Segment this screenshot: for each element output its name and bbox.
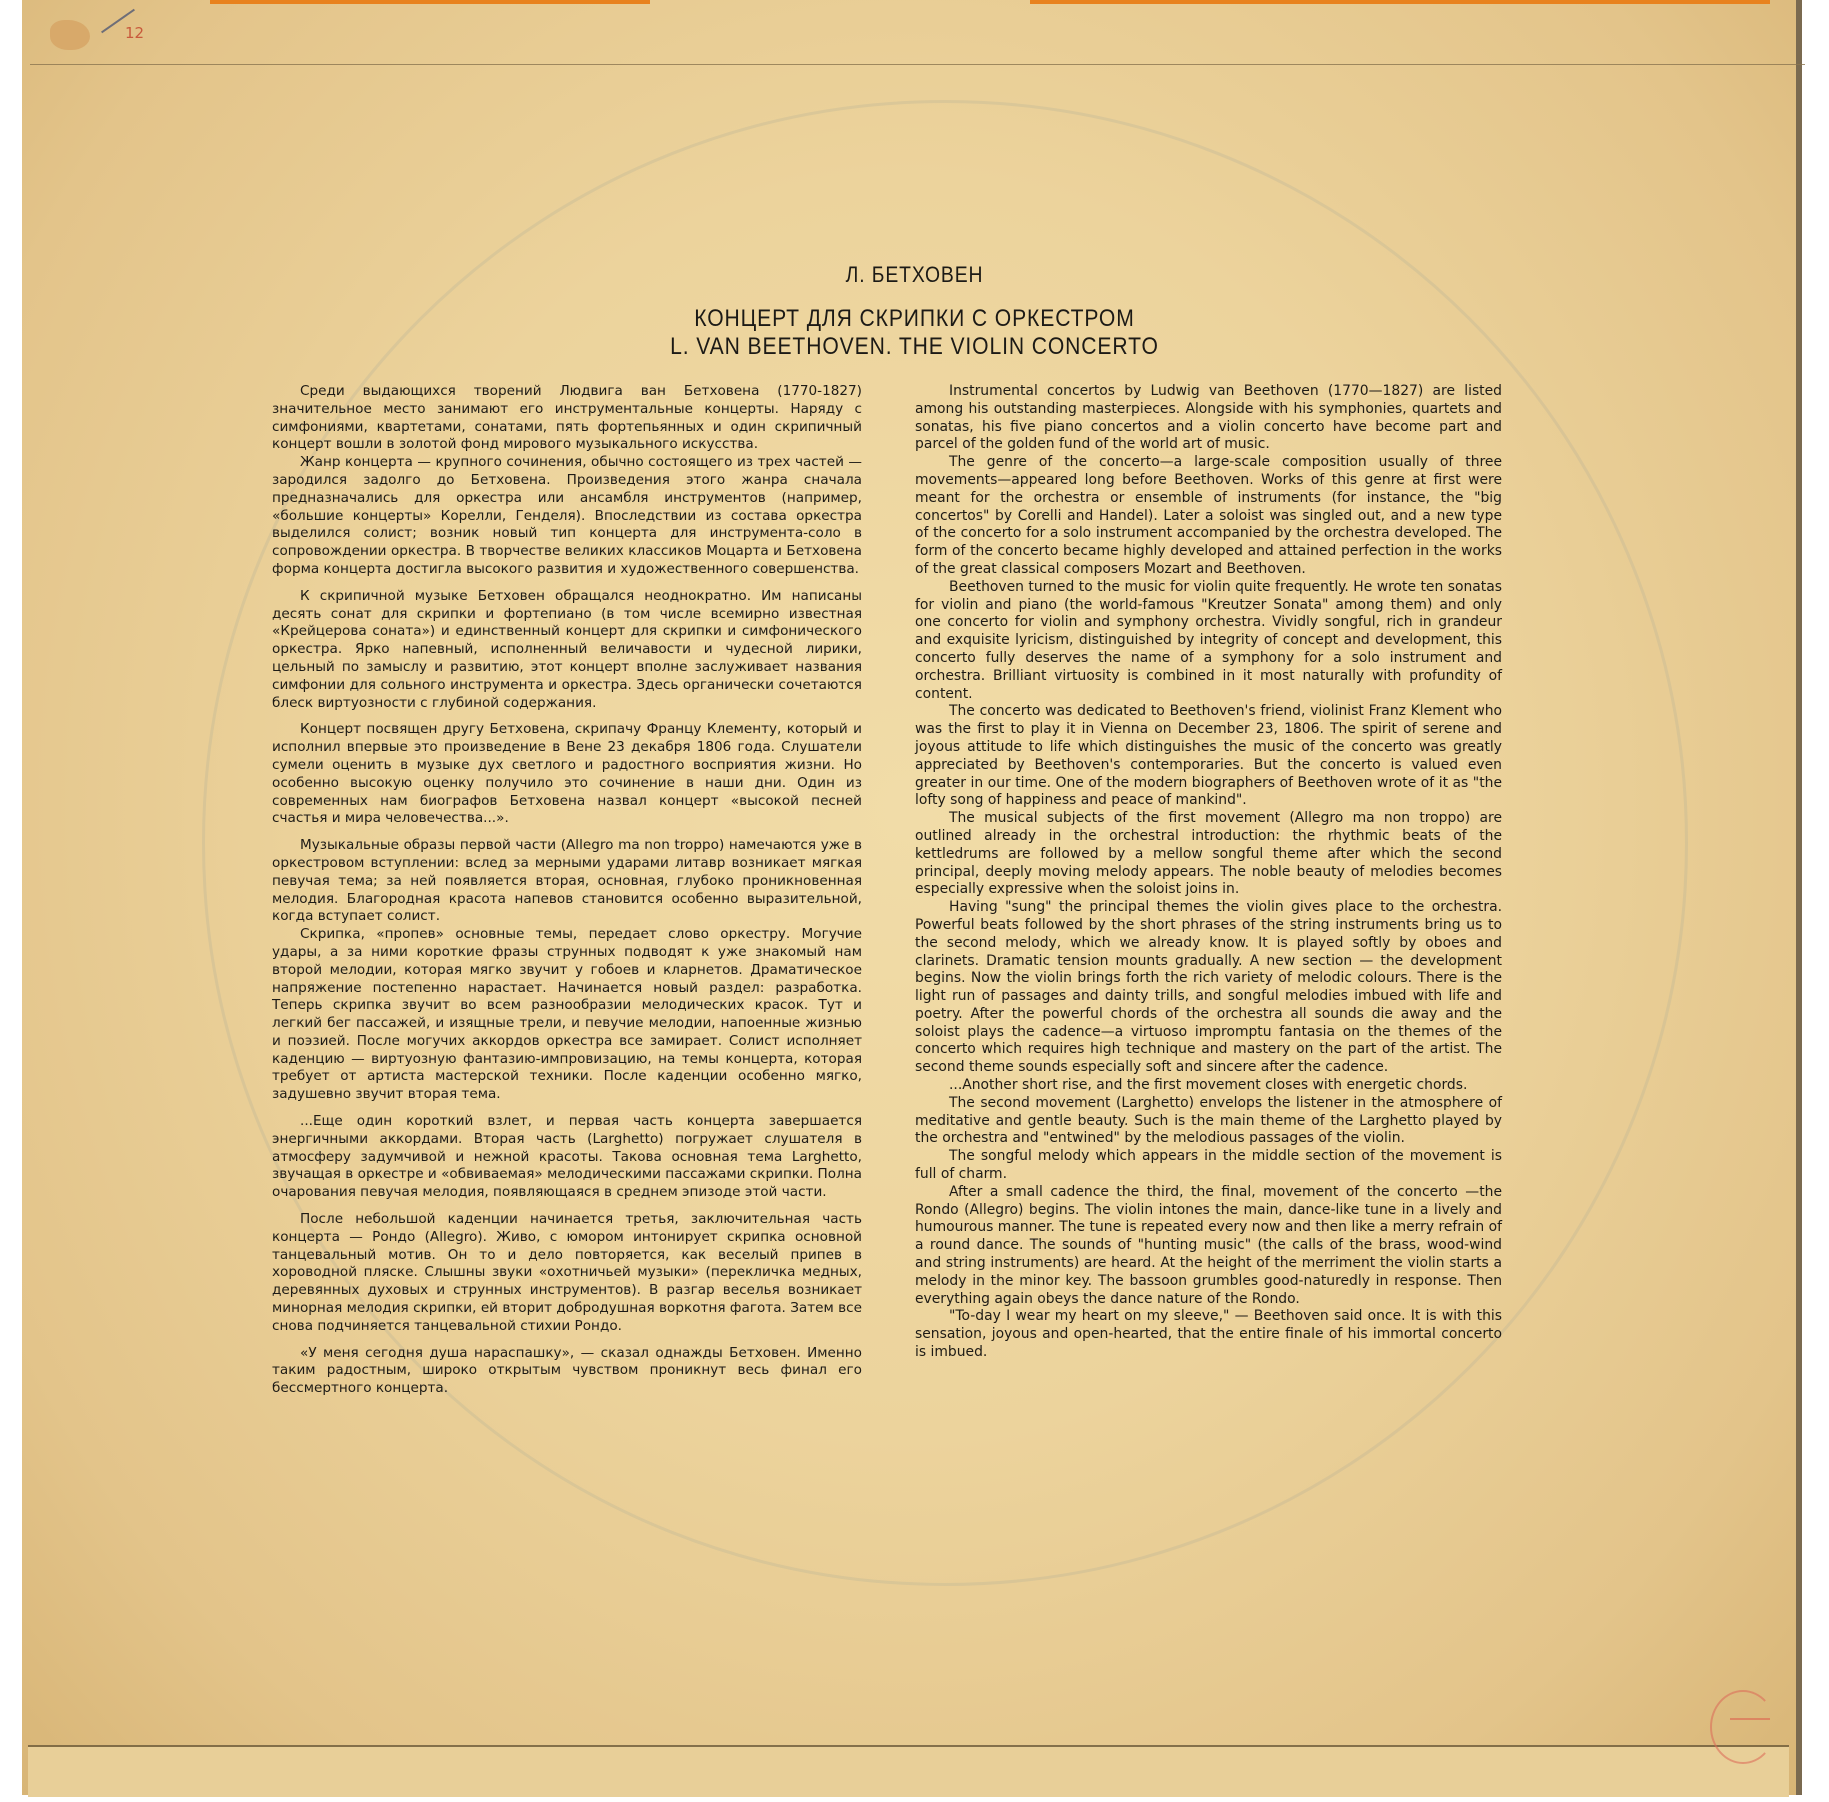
- ru-paragraph: Музыкальные образы первой части (Allegro…: [272, 837, 862, 926]
- en-paragraph: After a small cadence the third, the fin…: [915, 1184, 1502, 1309]
- en-paragraph: The second movement (Larghetto) envelops…: [915, 1095, 1502, 1148]
- bottom-flap: [28, 1747, 1789, 1797]
- ru-paragraph: К скрипичной музыке Бетховен обращался н…: [272, 588, 862, 713]
- russian-text-column: Среди выдающихся творений Людвига ван Бе…: [272, 383, 862, 1398]
- composer-name-ru: Л. БЕТХОВЕН: [110, 262, 1720, 288]
- ru-paragraph: Концерт посвящен другу Бетховена, скрипа…: [272, 721, 862, 828]
- ru-paragraph: Скрипка, «пропев» основные темы, передае…: [272, 926, 862, 1104]
- red-pencil-mark: [1730, 1718, 1770, 1720]
- ru-paragraph: Среди выдающихся творений Людвига ван Бе…: [272, 383, 862, 454]
- en-paragraph: The musical subjects of the first moveme…: [915, 810, 1502, 899]
- en-paragraph: The songful melody which appears in the …: [915, 1148, 1502, 1184]
- ru-paragraph: «У меня сегодня душа нараспашку», — сказ…: [272, 1345, 862, 1398]
- title-en: L. VAN BEETHOVEN. THE VIOLIN CONCERTO: [110, 333, 1720, 361]
- english-text-column: Instrumental concertos by Ludwig van Bee…: [915, 383, 1502, 1362]
- ru-paragraph: После небольшой каденции начинается трет…: [272, 1211, 862, 1336]
- red-pencil-stamp: [1710, 1690, 1776, 1764]
- en-paragraph: The concerto was dedicated to Beethoven'…: [915, 703, 1502, 810]
- en-paragraph: "To-day I wear my heart on my sleeve," —…: [915, 1308, 1502, 1361]
- top-flap-fold: [30, 64, 1805, 65]
- en-paragraph: The genre of the concerto—a large-scale …: [915, 454, 1502, 579]
- ru-paragraph: ...Еще один короткий взлет, и первая час…: [272, 1113, 862, 1202]
- bottom-flap-fold: [28, 1745, 1789, 1747]
- front-cover-edge-left: [210, 0, 650, 4]
- ru-paragraph: Жанр концерта — крупного сочинения, обыч…: [272, 454, 862, 579]
- front-cover-edge-right: [1030, 0, 1770, 4]
- en-paragraph: Beethoven turned to the music for violin…: [915, 579, 1502, 704]
- corner-wear-mark: [50, 20, 90, 50]
- handwritten-page-number: 12: [125, 24, 144, 42]
- en-paragraph: Instrumental concertos by Ludwig van Bee…: [915, 383, 1502, 454]
- en-paragraph: ...Another short rise, and the first mov…: [915, 1077, 1502, 1095]
- title-ru: КОНЦЕРТ ДЛЯ СКРИПКИ С ОРКЕСТРОМ: [110, 305, 1720, 333]
- en-paragraph: Having "sung" the principal themes the v…: [915, 899, 1502, 1077]
